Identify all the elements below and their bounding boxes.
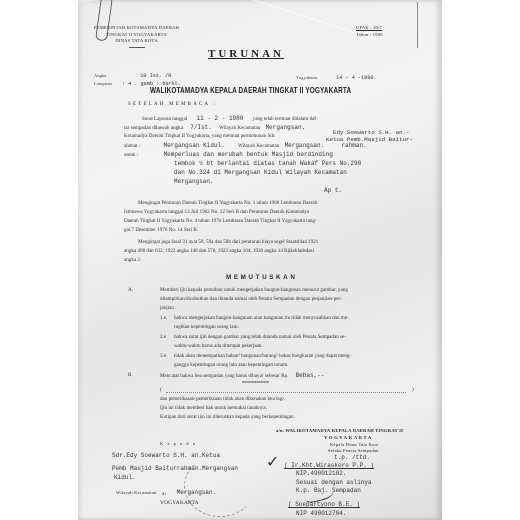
recipient-di: di <box>162 491 166 496</box>
alamat-label: alamat : <box>124 143 140 149</box>
membaca-line-3: Kotamadya Daerah Tingkat II Yogyakarta, … <box>124 133 276 139</box>
report-date: 11 - 2 - 1980 <box>197 115 244 122</box>
purpose-line-5: Ap t. <box>324 187 342 194</box>
untuk-label: untuk : <box>124 152 138 158</box>
text: rahman. <box>341 142 366 149</box>
signatory-nip: NIP.490012102. <box>296 470 346 477</box>
checkmark-icon: ✓ <box>266 452 279 472</box>
register-number: 7/Ist. <box>190 124 212 131</box>
place-date: Yogyakarta, 14 - 4 -1980. <box>296 66 377 84</box>
recipient-kepada: K e p a d a <box>160 441 196 446</box>
letterhead-rule <box>129 47 145 48</box>
recipient-line1: Sdr.Edy Soewarto S.H. an.Ketua <box>112 452 220 459</box>
kecamatan-value: Mergangsan. <box>266 124 306 131</box>
date-value: 14 - 4 -1980. <box>336 75 376 81</box>
decision-a-label: A. <box>128 287 133 293</box>
signatory-name: ( Ir.Kht.Wiraskoro P.P. ) <box>284 462 374 469</box>
purpose-line-2: tembok ½ bt berlantai diatas tanah Wakaf… <box>174 160 361 167</box>
signature-line3: Kepala Dinas Tata Kota <box>330 442 378 447</box>
letterhead-line1: PEMERINTAH KOTAMADYA DAERAH <box>94 25 179 32</box>
condition-2-num: 2.e. <box>160 334 167 340</box>
signature-ttd: t.p. /ttd. <box>334 454 370 461</box>
text: Kotamadya Daerah Tingkat II Yogyakarta, … <box>124 133 276 139</box>
condition-1-line: rugikan kepentingan orang lain. <box>174 324 239 330</box>
membaca-line-1: Surat Laporan tanggal 11 - 2 - 1980 yang… <box>142 115 318 122</box>
signature-line4: Selaku Penata Sempadan <box>328 448 379 453</box>
condition-2-line: bahwa surat ijin dengan gambar yang tela… <box>174 334 346 340</box>
mengingat-line: Mengingat juga fasal 31 ayat 58, 58a dan… <box>138 239 318 245</box>
copy-officer-nip: NIP 490012704. <box>296 510 346 517</box>
copy-officer-name: ( Soepartyono B.E. ) <box>288 501 360 508</box>
closing-line: Ijin ini tidak memberi hak untuk memakai… <box>160 405 267 411</box>
condition-3-num: 3.e. <box>160 353 167 359</box>
text: Mencatat bahwa bea sempadan yang harus d… <box>160 373 288 379</box>
mengingat-line: Istimewa Yogyakarta tanggal 13 Juli 1962… <box>124 209 309 215</box>
text: Wilayah Kecamatan <box>219 125 260 131</box>
condition-3-line: tidak akan menempatkan bahan² bangunan/b… <box>174 353 351 359</box>
recipient-line3: Kidul. <box>114 474 136 481</box>
text: Wilayah Kecamatan <box>238 143 279 149</box>
mengingat-line: gal 7 Desember 1976 No. 14 Seri B. <box>124 227 198 233</box>
condition-1-num: 1.e. <box>160 315 167 321</box>
decision-b-label: B. <box>128 372 133 378</box>
membaca-line-4: alamat : Mergangsan Kidul. Wilayah Kecam… <box>124 142 367 149</box>
decision-a-line: dilampirkan/dicabutkan dan ditanda namai… <box>160 296 342 302</box>
purpose-line-4: Mergangsan. <box>174 178 214 185</box>
document-page: PEMERINTAH KOTAMADYA DAERAH TINGKAT II Y… <box>78 0 442 520</box>
mengingat-line: Daerah Tingkat II Yogyakarta No. 4 tahun… <box>124 218 317 224</box>
setelah-membaca-label: SETELAH MEMBACA : <box>128 102 217 107</box>
fee-amount: Bebas,-- <box>296 372 325 379</box>
margin-line <box>417 2 418 48</box>
wilayah-label: Wilayah Kecamatan <box>116 490 157 495</box>
decision-a-line: janjian : <box>160 305 177 311</box>
text: Surat Laporan tanggal <box>142 116 187 122</box>
decision-b-line: Mencatat bahwa bea sempadan yang harus d… <box>160 372 324 379</box>
letterhead-line3: DINAS TATA KOTA <box>94 38 179 45</box>
fee-underline: ========= <box>242 380 269 386</box>
closing-line: Kutipan dari surat ijin ini diteruskan k… <box>160 414 295 420</box>
mengingat-line: angka 2. <box>124 257 141 263</box>
recipient-wilayah: Wilayah Kecamatan Mergangsan. <box>116 481 216 499</box>
kecamatan-value: Mergangsan. <box>285 142 325 149</box>
condition-3-line: ganggu kepentingan orang lain atau kepen… <box>174 362 288 368</box>
closing-line: dan pemeriksaan-pemeriksaan tidak akan d… <box>160 396 285 402</box>
paper-crease <box>202 0 374 40</box>
letterhead: PEMERINTAH KOTAMADYA DAERAH TINGKAT II Y… <box>94 25 179 48</box>
applicant-name: Edy Soewarto S.H. an.- <box>333 129 410 136</box>
copy-certified: Sesuai dengan aslinya <box>296 479 372 486</box>
memutuskan-heading: MEMUTUSKAN <box>226 274 297 281</box>
alamat-value: Mergangsan Kidul. <box>164 142 225 149</box>
place-label: Yogyakarta, <box>296 75 318 80</box>
fee-paren-open: ( <box>160 387 162 393</box>
recipient-city: YOGYAKARTA <box>160 500 199 506</box>
purpose-value: Memperluas dan merubah bentuk Masjid ber… <box>164 151 333 158</box>
text: yang telah termuat didalam daf- <box>253 116 318 122</box>
text: tar sempadan dibawah angka <box>124 125 183 131</box>
fee-words-line <box>166 392 406 393</box>
issuer-heading: WALIKOTAMADYA KEPALA DAERAH TINGKAT II Y… <box>150 86 351 95</box>
fee-paren-close: ) <box>412 387 414 393</box>
recipient-line2: Pemb Masjid Baiturrahman.Mergangsan <box>112 465 238 472</box>
membaca-line-5: untuk : Memperluas dan merubah bentuk Ma… <box>124 151 333 158</box>
lampiran-label: Lampiran <box>94 81 112 86</box>
membaca-line-2: tar sempadan dibawah angka 7/Ist. Wilaya… <box>124 124 305 131</box>
mengingat-line: angka 498 dan 632, 1922 angka 148 dan 57… <box>124 248 314 254</box>
condition-1-line: bahwa mengerjakan bangun-bangunan atau b… <box>174 315 349 321</box>
stamp-line2: Tahun : 1980 <box>356 31 383 38</box>
document-title: TURUNAN <box>208 48 284 60</box>
mengingat-line: Mengingat Peraturan Daerah Tingkat II Yo… <box>138 200 317 206</box>
decision-a-line: Memberi ijin kepada pemohon untuk menger… <box>160 287 348 293</box>
signature-line2: YOGYAKARTA <box>324 435 373 440</box>
stamp-line1: UPAK : 10/7 <box>356 24 383 31</box>
wilayah-value: Mergangsan. <box>177 489 217 496</box>
signature-line1: a/n. WALIKOTAMADYA KEPALA DAERAH TINGKAT… <box>276 428 403 433</box>
condition-2-line: waktu-waktu harus ada ditempat pekerjaan… <box>174 343 263 349</box>
purpose-line-3: dan No.324 di Mergangsan Kidul Wilayah K… <box>174 169 347 176</box>
reference-stamp: UPAK : 10/7 Tahun : 1980 <box>356 24 383 38</box>
